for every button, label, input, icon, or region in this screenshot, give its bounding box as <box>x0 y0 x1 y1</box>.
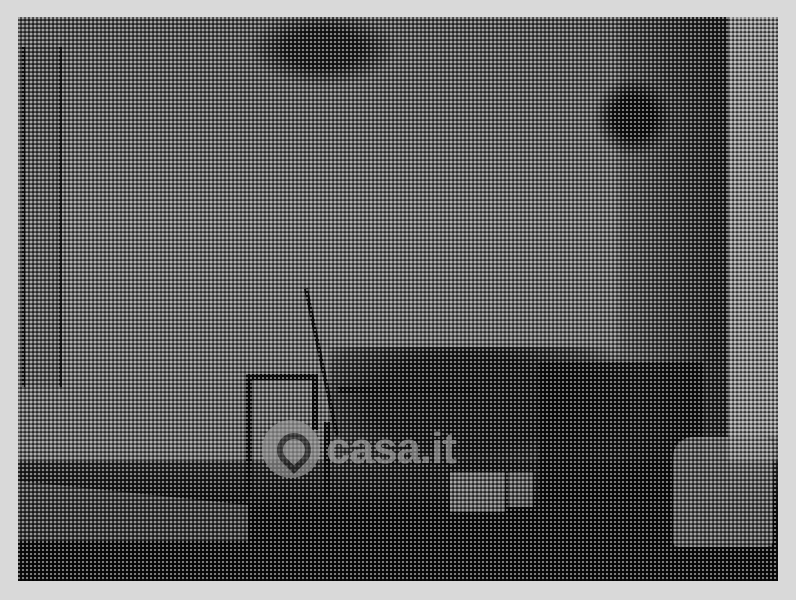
dither-texture <box>18 17 778 581</box>
watermark-text: casa.it <box>326 424 456 474</box>
map-pin-icon <box>262 420 320 478</box>
watermark: casa.it <box>262 420 456 478</box>
room-photo <box>18 17 778 581</box>
